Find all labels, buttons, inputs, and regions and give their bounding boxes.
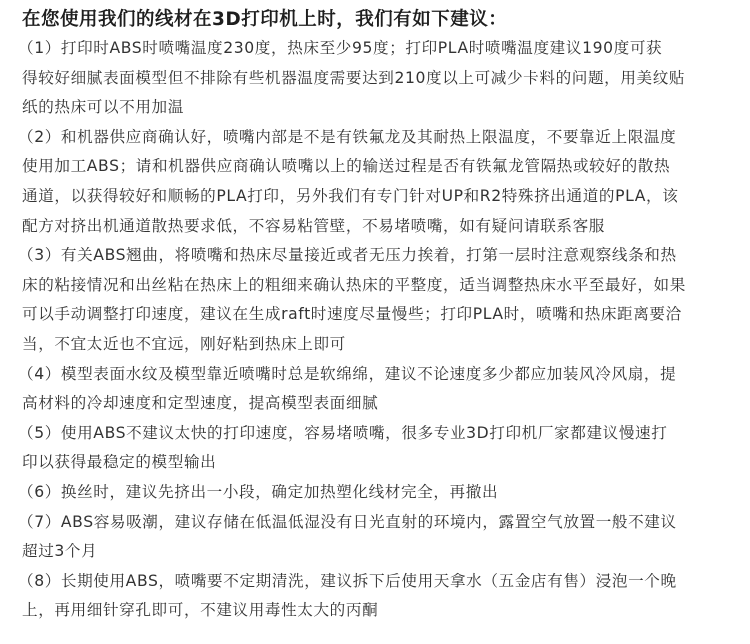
suggestion-line: （5）使用ABS不建议太快的打印速度，容易堵喷嘴，很多专业3D打印机厂家都建议慢… bbox=[22, 419, 742, 449]
suggestion-item-6: （6）换丝时，建议先挤出一小段，确定加热塑化线材完全，再撤出 bbox=[22, 478, 742, 508]
suggestion-line: 使用加工ABS；请和机器供应商确认喷嘴以上的输送过程是否有铁氟龙管隔热或较好的散… bbox=[22, 152, 742, 182]
suggestion-line: 得较好细腻表面模型但不排除有些机器温度需要达到210度以上可减少卡料的问题，用美… bbox=[22, 64, 742, 94]
suggestion-line: 上，再用细针穿孔即可，不建议用毒性太大的丙酮 bbox=[22, 596, 742, 626]
suggestion-item-2: （2）和机器供应商确认好，喷嘴内部是不是有铁氟龙及其耐热上限温度，不要靠近上限温… bbox=[22, 123, 742, 241]
suggestion-line: （3）有关ABS翘曲，将喷嘴和热床尽量接近或者无压力挨着，打第一层时注意观察线条… bbox=[22, 241, 742, 271]
suggestion-line: （4）模型表面水纹及模型靠近喷嘴时总是软绵绵，建议不论速度多少都应加装风冷风扇，… bbox=[22, 360, 742, 390]
suggestion-item-8: （8）长期使用ABS，喷嘴要不定期清洗，建议拆下后使用天拿水（五金店有售）浸泡一… bbox=[22, 567, 742, 626]
suggestion-line: 当，不宜太近也不宜远，刚好粘到热床上即可 bbox=[22, 330, 742, 360]
suggestion-line: 床的粘接情况和出丝粘在热床上的粗细来确认热床的平整度，适当调整热床水平至最好，如… bbox=[22, 271, 742, 301]
document-title: 在您使用我们的线材在3D打印机上时，我们有如下建议： bbox=[22, 6, 742, 34]
suggestion-line: （7）ABS容易吸潮，建议存储在低温低湿没有日光直射的环境内，露置空气放置一般不… bbox=[22, 508, 742, 538]
suggestion-line: （2）和机器供应商确认好，喷嘴内部是不是有铁氟龙及其耐热上限温度，不要靠近上限温… bbox=[22, 123, 742, 153]
document: 在您使用我们的线材在3D打印机上时，我们有如下建议： （1）打印时ABS时喷嘴温… bbox=[22, 6, 742, 626]
suggestion-item-5: （5）使用ABS不建议太快的打印速度，容易堵喷嘴，很多专业3D打印机厂家都建议慢… bbox=[22, 419, 742, 478]
suggestion-line: 超过3个月 bbox=[22, 537, 742, 567]
suggestion-line: 纸的热床可以不用加温 bbox=[22, 93, 742, 123]
suggestion-line: （6）换丝时，建议先挤出一小段，确定加热塑化线材完全，再撤出 bbox=[22, 478, 742, 508]
suggestion-line: （8）长期使用ABS，喷嘴要不定期清洗，建议拆下后使用天拿水（五金店有售）浸泡一… bbox=[22, 567, 742, 597]
suggestion-line: 可以手动调整打印速度，建议在生成raft时速度尽量慢些；打印PLA时，喷嘴和热床… bbox=[22, 300, 742, 330]
suggestion-item-7: （7）ABS容易吸潮，建议存储在低温低湿没有日光直射的环境内，露置空气放置一般不… bbox=[22, 508, 742, 567]
suggestion-item-3: （3）有关ABS翘曲，将喷嘴和热床尽量接近或者无压力挨着，打第一层时注意观察线条… bbox=[22, 241, 742, 359]
suggestion-item-4: （4）模型表面水纹及模型靠近喷嘴时总是软绵绵，建议不论速度多少都应加装风冷风扇，… bbox=[22, 360, 742, 419]
suggestion-line: 配方对挤出机通道散热要求低，不容易粘管壁，不易堵喷嘴，如有疑问请联系客服 bbox=[22, 212, 742, 242]
suggestion-line: （1）打印时ABS时喷嘴温度230度，热床至少95度；打印PLA时喷嘴温度建议1… bbox=[22, 34, 742, 64]
suggestion-line: 高材料的冷却速度和定型速度，提高模型表面细腻 bbox=[22, 389, 742, 419]
suggestion-item-1: （1）打印时ABS时喷嘴温度230度，热床至少95度；打印PLA时喷嘴温度建议1… bbox=[22, 34, 742, 123]
suggestion-line: 通道，以获得较好和顺畅的PLA打印，另外我们有专门针对UP和R2特殊挤出通道的P… bbox=[22, 182, 742, 212]
suggestion-line: 印以获得最稳定的模型输出 bbox=[22, 448, 742, 478]
